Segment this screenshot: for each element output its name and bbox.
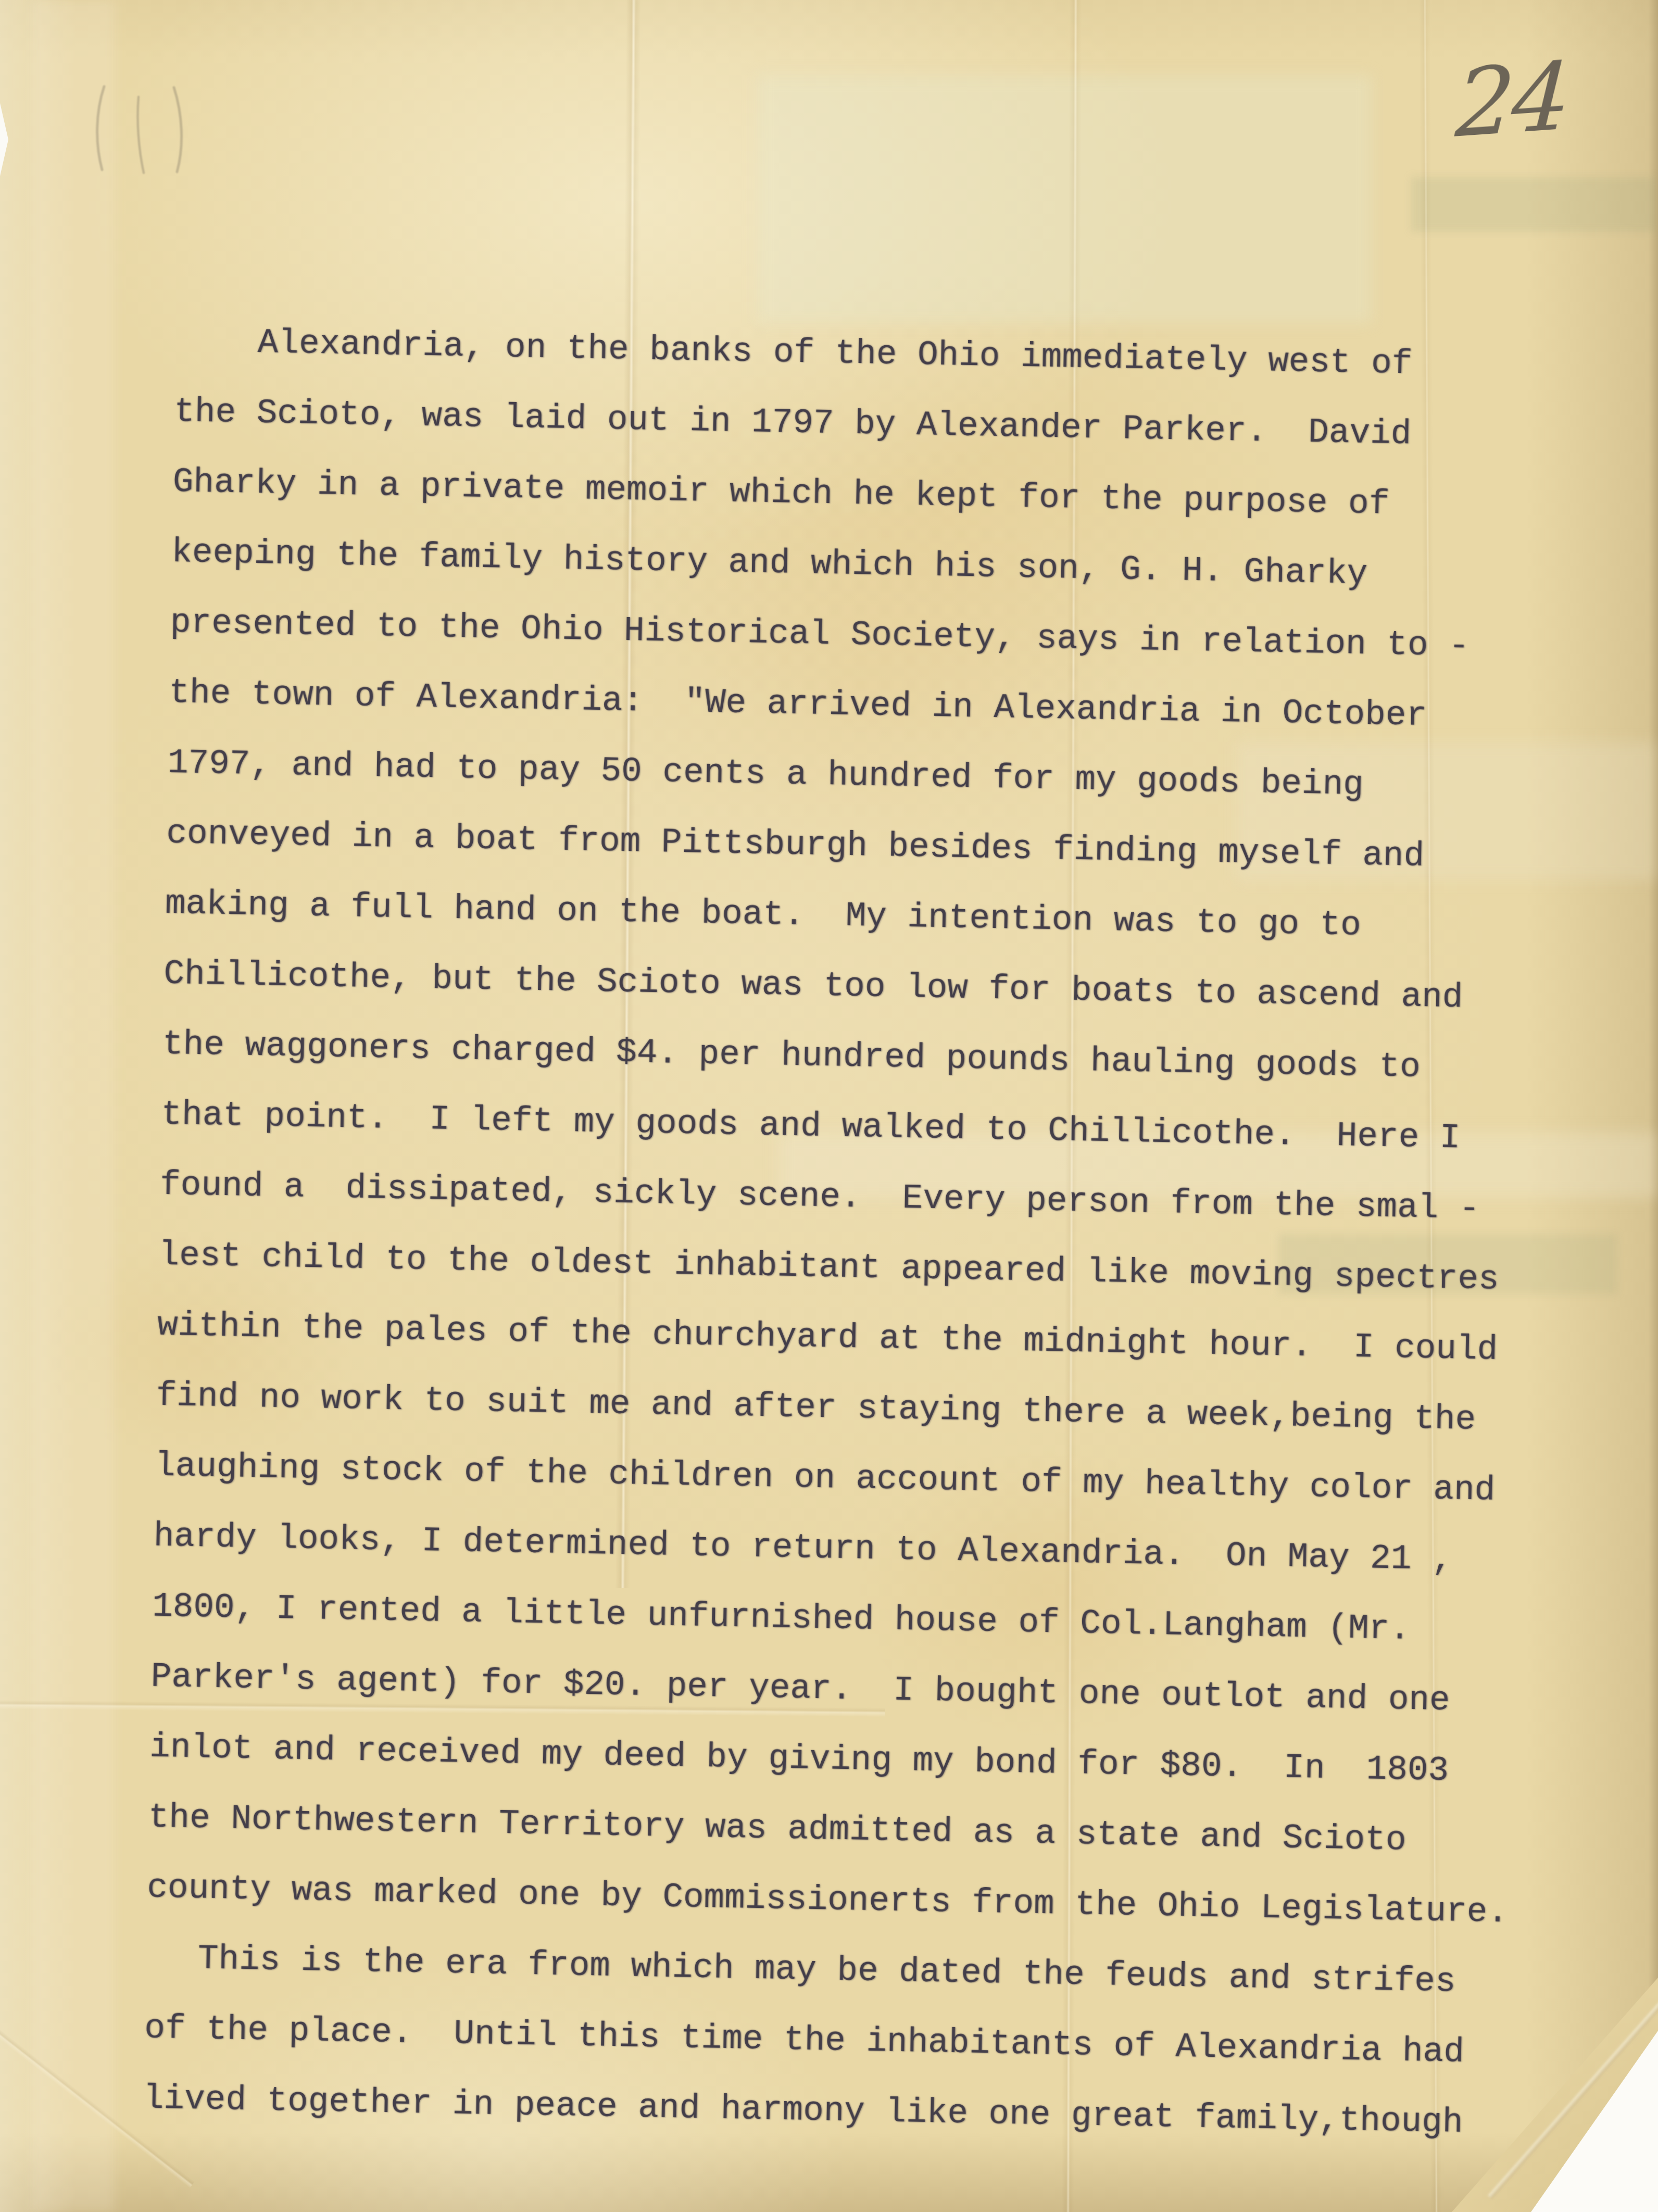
paper-light-patch [31,0,115,2212]
typewritten-text: Alexandria, on the banks of the Ohio imm… [143,306,1613,2160]
paper-light-patch [758,76,1372,323]
scanned-document-page: 24 Alexandria, on the banks of the Ohio … [0,0,1658,2212]
handwritten-page-number: 24 [1454,50,1570,151]
paragraph: This is the era from which may be dated … [143,1922,1584,2160]
paper-edge-nick [0,103,8,176]
pencil-scribble-marks [77,67,202,186]
ink-bleedthrough-smudge [1411,177,1656,232]
paragraph: Alexandria, on the banks of the Ohio imm… [146,306,1613,1949]
